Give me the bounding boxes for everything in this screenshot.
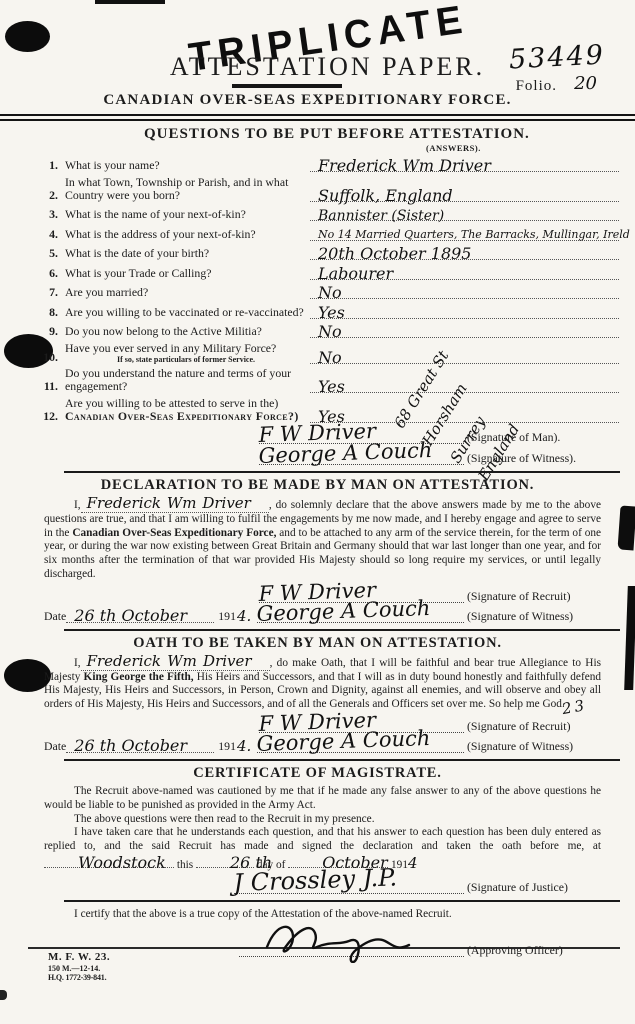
question-text-force: Canadian Over-Seas Expeditionary Force?) bbox=[65, 409, 299, 423]
signature-line: George A Couch bbox=[259, 447, 464, 465]
document-body: ATTESTATION PAPER. CANADIAN OVER-SEAS EX… bbox=[0, 0, 635, 957]
answer-line: Labourer bbox=[310, 264, 619, 280]
answers-label: (ANSWERS). bbox=[426, 143, 619, 153]
question-text: Are you willing to be vaccinated or re-v… bbox=[65, 306, 307, 319]
approving-officer-label: (Approving Officer) bbox=[464, 944, 619, 957]
question-text: Have you ever served in any Military For… bbox=[65, 342, 307, 364]
signature-of-recruit-label: (Signature of Recruit) bbox=[464, 720, 619, 733]
question-text: In what Town, Township or Parish, and in… bbox=[65, 176, 307, 202]
magistrate-heading: CERTIFICATE OF MAGISTRATE. bbox=[36, 765, 599, 782]
place-handwritten: Woodstock bbox=[48, 856, 166, 870]
declaration-heading: DECLARATION TO BE MADE BY MAN ON ATTESTA… bbox=[36, 477, 599, 494]
question-number: 3. bbox=[36, 208, 65, 221]
witness-signature-handwritten: George A Couch bbox=[256, 596, 431, 626]
question-row: 9. Do you now belong to the Active Milit… bbox=[36, 322, 619, 338]
section-divider bbox=[64, 900, 620, 902]
question-row: 4. What is the address of your next-of-k… bbox=[36, 225, 619, 241]
declaration-date-row: Date 26 th October 191 4. George A Couch… bbox=[44, 605, 619, 623]
section-divider bbox=[64, 629, 620, 631]
scan-artifact bbox=[0, 990, 7, 1000]
section-divider bbox=[64, 471, 620, 473]
year-printed: 191 bbox=[214, 610, 237, 623]
question-number: 2. bbox=[36, 189, 65, 202]
question-number: 1. bbox=[36, 159, 65, 172]
handwritten-answer: No bbox=[318, 285, 342, 301]
witness-signature-handwritten: George A Couch bbox=[258, 438, 433, 468]
force-title: CANADIAN OVER-SEAS EXPEDITIONARY FORCE. bbox=[36, 92, 579, 109]
question-number: 5. bbox=[36, 247, 65, 260]
date-handwritten: 26 th October bbox=[74, 736, 187, 755]
answer-line: No bbox=[310, 348, 619, 364]
handwritten-answer: No bbox=[318, 350, 342, 366]
question-text: What is the name of your next-of-kin? bbox=[65, 208, 307, 221]
signature-line: George A Couch bbox=[257, 605, 464, 623]
signature-of-witness-row: George A Couch (Signature of Witness). bbox=[36, 447, 619, 465]
signature-of-witness-label: (Signature of Witness). bbox=[464, 452, 619, 465]
question-text-main: Are you willing to be attested to serve … bbox=[65, 396, 278, 410]
question-row: 11. Do you understand the nature and ter… bbox=[36, 367, 619, 393]
question-text: Do you now belong to the Active Militia? bbox=[65, 325, 307, 338]
question-row: 5. What is the date of your birth? 20th … bbox=[36, 244, 619, 260]
handwritten-answer: 20th October 1895 bbox=[318, 246, 471, 262]
handwritten-answer: Labourer bbox=[318, 266, 393, 282]
date-label: Date bbox=[44, 740, 66, 753]
section-divider bbox=[64, 759, 620, 761]
signature-of-witness-label: (Signature of Witness) bbox=[464, 610, 619, 623]
question-row: 2. In what Town, Township or Parish, and… bbox=[36, 176, 619, 202]
day-line: 26 th bbox=[196, 854, 254, 868]
answer-line: No bbox=[310, 322, 619, 338]
question-number: 9. bbox=[36, 325, 65, 338]
year-handwritten: 4 bbox=[408, 854, 418, 872]
handwritten-answer: Yes bbox=[318, 379, 345, 395]
declaration-body-bold: Canadian Over-Seas Expeditionary Force, bbox=[72, 527, 276, 539]
question-text: What is the date of your birth? bbox=[65, 247, 307, 260]
date-line: 26 th October bbox=[66, 737, 214, 753]
section-divider bbox=[0, 114, 635, 121]
question-text: What is your Trade or Calling? bbox=[65, 267, 307, 280]
date-handwritten: 26 th October bbox=[74, 606, 187, 625]
oath-name-handwritten: Frederick Wm Driver bbox=[81, 652, 270, 671]
oath-date-row: Date 26 th October 191 4. George A Couch… bbox=[44, 735, 619, 753]
question-row: 10. Have you ever served in any Military… bbox=[36, 342, 619, 364]
date-label: Date bbox=[44, 610, 66, 623]
witness-signature-handwritten: George A Couch bbox=[256, 726, 431, 756]
signature-line bbox=[239, 926, 464, 957]
magistrate-p3a: I have taken care that he understands ea… bbox=[44, 826, 601, 852]
signature-of-recruit-label: (Signature of Recruit) bbox=[464, 590, 619, 603]
place-line: Woodstock bbox=[44, 854, 174, 868]
hq-reference: H.Q. 1772-39-841. bbox=[48, 974, 110, 982]
magistrate-paragraph-1: The Recruit above-named was cautioned by… bbox=[44, 785, 601, 813]
question-row: 12. Are you willing to be attested to se… bbox=[36, 397, 619, 423]
questions-list: 1. What is your name? Frederick Wm Drive… bbox=[36, 156, 619, 423]
questions-heading: QUESTIONS TO BE PUT BEFORE ATTESTATION. bbox=[144, 126, 619, 143]
question-number: 4. bbox=[36, 228, 65, 241]
justice-signature-row: J Crossley J.P. (Signature of Justice) bbox=[36, 876, 619, 894]
year-handwritten: 4. bbox=[237, 740, 251, 753]
question-note: If so, state particulars of former Servi… bbox=[65, 355, 307, 364]
title-underline bbox=[232, 84, 342, 88]
answer-line: No bbox=[310, 283, 619, 299]
magistrate-p3b: this bbox=[177, 859, 193, 871]
approving-officer-row: (Approving Officer) bbox=[36, 926, 619, 957]
question-text: What is your name? bbox=[65, 159, 307, 172]
answer-line: Suffolk, England bbox=[310, 186, 619, 202]
question-number: 8. bbox=[36, 306, 65, 319]
answer-line: Bannister (Sister) bbox=[310, 205, 619, 221]
question-number: 12. bbox=[36, 410, 65, 423]
date-line: 26 th October bbox=[66, 607, 214, 623]
handwritten-answer: Frederick Wm Driver bbox=[318, 158, 491, 174]
year-printed: 191 bbox=[214, 740, 237, 753]
signature-of-man-label: (Signature of Man). bbox=[464, 431, 619, 444]
question-number: 10. bbox=[36, 351, 65, 364]
print-run: 150 M.—12-14. bbox=[48, 965, 110, 973]
signature-line: George A Couch bbox=[257, 735, 464, 753]
answer-line: Yes bbox=[310, 303, 619, 319]
handwritten-answer: Yes bbox=[318, 305, 345, 321]
question-number: 7. bbox=[36, 286, 65, 299]
handwritten-answer: Suffolk, England bbox=[318, 188, 453, 204]
question-row: 1. What is your name? Frederick Wm Drive… bbox=[36, 156, 619, 172]
question-number: 6. bbox=[36, 267, 65, 280]
signature-line: J Crossley J.P. bbox=[234, 876, 464, 894]
declaration-name-handwritten: Frederick Wm Driver bbox=[81, 494, 269, 513]
oath-heading: OATH TO BE TAKEN BY MAN ON ATTESTATION. bbox=[36, 635, 599, 652]
answer-line: 20th October 1895 bbox=[310, 244, 619, 260]
handwritten-answer: No 14 Married Quarters, The Barracks, Mu… bbox=[318, 229, 630, 240]
magistrate-paragraph-2: The above questions were then read to th… bbox=[44, 813, 601, 827]
handwritten-answer: Bannister (Sister) bbox=[318, 209, 444, 223]
signature-of-justice-label: (Signature of Justice) bbox=[464, 881, 619, 894]
oath-body-bold: King George the Fifth, bbox=[84, 671, 194, 683]
question-text: Are you married? bbox=[65, 286, 307, 299]
question-text: What is the address of your next-of-kin? bbox=[65, 228, 307, 241]
question-text: Are you willing to be attested to serve … bbox=[65, 397, 307, 423]
declaration-paragraph: I,Frederick Wm Driver, do solemnly decla… bbox=[44, 497, 601, 582]
year-handwritten: 4. bbox=[237, 610, 251, 623]
answer-line: No 14 Married Quarters, The Barracks, Mu… bbox=[310, 225, 619, 241]
question-text-main: Have you ever served in any Military For… bbox=[65, 341, 276, 355]
approving-officer-signature bbox=[259, 917, 429, 968]
declaration-intro: I, bbox=[74, 499, 81, 511]
page-title: ATTESTATION PAPER. bbox=[36, 0, 619, 82]
justice-signature-handwritten: J Crossley J.P. bbox=[233, 863, 397, 897]
question-row: 8. Are you willing to be vaccinated or r… bbox=[36, 303, 619, 319]
answer-line: Frederick Wm Driver bbox=[310, 156, 619, 172]
question-row: 3. What is the name of your next-of-kin?… bbox=[36, 205, 619, 221]
question-text: Do you understand the nature and terms o… bbox=[65, 367, 307, 393]
answer-line: Yes bbox=[310, 377, 619, 393]
oath-paragraph: I,Frederick Wm Driver, do make Oath, tha… bbox=[44, 655, 601, 712]
question-row: 7. Are you married? No bbox=[36, 283, 619, 299]
attestation-paper-page: TRIPLICATE 53449 Folio. 20 68 Great St H… bbox=[0, 0, 635, 1024]
question-number: 11. bbox=[36, 380, 65, 393]
question-row: 6. What is your Trade or Calling? Labour… bbox=[36, 264, 619, 280]
signature-of-witness-label: (Signature of Witness) bbox=[464, 740, 619, 753]
oath-intro: I, bbox=[74, 657, 81, 669]
handwritten-answer: No bbox=[318, 324, 342, 340]
